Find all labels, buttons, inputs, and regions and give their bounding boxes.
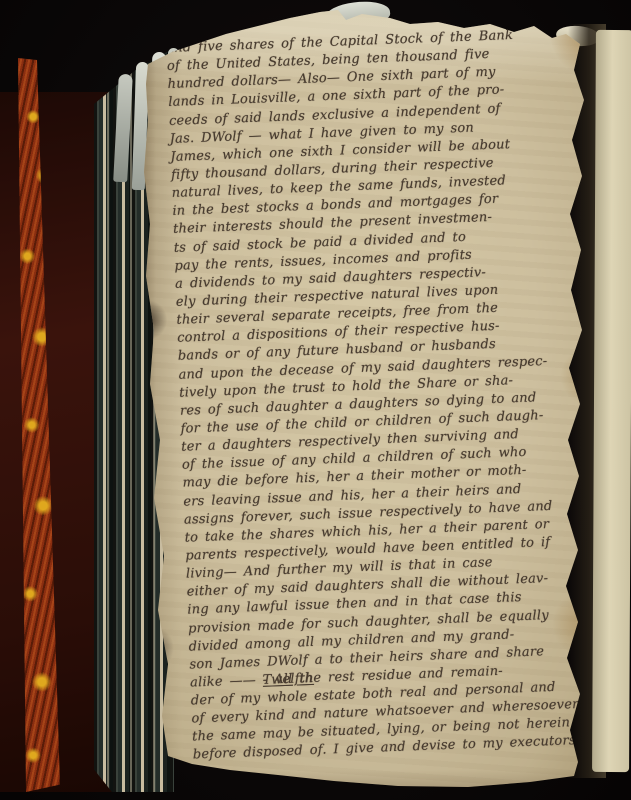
manuscript-photo: 140, and five shares of the Capital Stoc… [0, 0, 631, 800]
manuscript-page: 140, and five shares of the Capital Stoc… [138, 0, 600, 800]
facing-page-edge [592, 30, 631, 772]
manuscript-text: 140, and five shares of the Capital Stoc… [166, 25, 603, 765]
page-number: 140, [155, 22, 186, 39]
